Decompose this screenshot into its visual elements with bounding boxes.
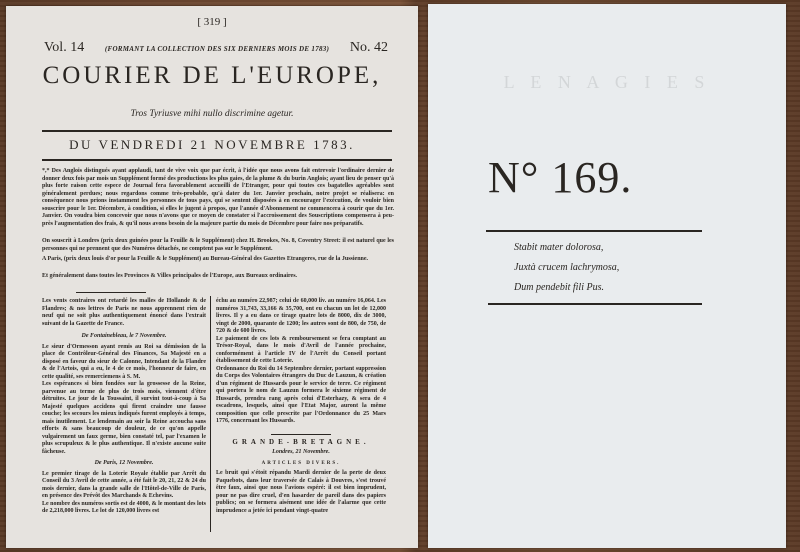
subscription-notice: *,* Des Anglois distingués ayant applaud… xyxy=(42,168,394,228)
newspaper-title: COURIER DE L'EUROPE, xyxy=(6,62,418,90)
verse-rule-bottom xyxy=(488,303,702,305)
date-line: DU VENDREDI 21 NOVEMBRE 1783. xyxy=(6,137,418,153)
volume-label: Vol. 14 xyxy=(44,40,84,56)
column-left-intro: Les vents contraires ont retardé les mal… xyxy=(42,298,206,328)
column-right: échu au numéro 22,987; celui de 60,000 l… xyxy=(216,298,386,515)
page-number: [ 319 ] xyxy=(6,16,418,28)
article-paquebots: Le bruit qui s'étoit répandu Mardi derni… xyxy=(216,470,386,515)
article-ordonnance: Ordonnance du Roi du 14 Septembre dernie… xyxy=(216,366,386,426)
newspaper-page-issue-169: L E N A G I E S N° 169. Stabit mater dol… xyxy=(428,4,786,548)
verse-line-3: Dum pendebit fili Pus. xyxy=(514,278,619,298)
article-paiement: Le paiement de ces lots & remboursement … xyxy=(216,336,386,366)
dateline-paris: De Paris, 12 Novembre. xyxy=(42,460,206,468)
subscription-london: On souscrit à Londres (prix deux guinées… xyxy=(42,238,394,253)
article-loterie: Le premier tirage de la Loterie Royale é… xyxy=(42,471,206,501)
subscription-paris: A Paris, (prix deux louis d'or pour la F… xyxy=(42,256,394,264)
article-lots: échu au numéro 22,987; celui de 60,000 l… xyxy=(216,298,386,336)
header-rule-bottom xyxy=(42,159,392,161)
column-left: Les vents contraires ont retardé les mal… xyxy=(42,298,206,516)
newspaper-page-courier-de-leurope: [ 319 ] Vol. 14 (FORMANT LA COLLECTION D… xyxy=(6,6,418,548)
section-rule xyxy=(271,434,331,435)
newspaper-motto: Tros Tyriusve mihi nullo discrimine aget… xyxy=(6,109,418,119)
subscription-general: Et généralement dans toutes les Province… xyxy=(42,273,394,281)
header-rule-top xyxy=(42,130,392,132)
verse-line-1: Stabit mater dolorosa, xyxy=(514,238,619,258)
subsection-articles-divers: ARTICLES DIVERS. xyxy=(216,460,386,468)
article-reine: Les espérances si bien fondées sur la gr… xyxy=(42,381,206,456)
dateline-fontainebleau: De Fontainebleau, le 7 Novembre. xyxy=(42,333,206,341)
issue-number: No. 42 xyxy=(350,40,388,56)
verse-rule-top xyxy=(486,230,702,232)
column-divider xyxy=(210,296,211,532)
bleed-through-text: L E N A G I E S xyxy=(428,72,786,93)
verse-line-2: Juxtà crucem lachrymosa, xyxy=(514,258,619,278)
verse-block: Stabit mater dolorosa, Juxtà crucem lach… xyxy=(514,238,619,298)
article-ormesson: Le sieur d'Ormesson ayant remis au Roi s… xyxy=(42,344,206,382)
dateline-londres: Londres, 21 Novembre. xyxy=(216,449,386,457)
section-title-grande-bretagne: GRANDE-BRETAGNE. xyxy=(216,439,386,447)
volume-line: Vol. 14 (FORMANT LA COLLECTION DES SIX D… xyxy=(44,40,388,56)
article-numeros: Le nombre des numéros sortis est de 4000… xyxy=(42,501,206,516)
collection-label: (FORMANT LA COLLECTION DES SIX DERNIERS … xyxy=(105,45,329,53)
column-separator-rule xyxy=(76,292,146,293)
issue-number-large: N° 169. xyxy=(488,152,632,203)
